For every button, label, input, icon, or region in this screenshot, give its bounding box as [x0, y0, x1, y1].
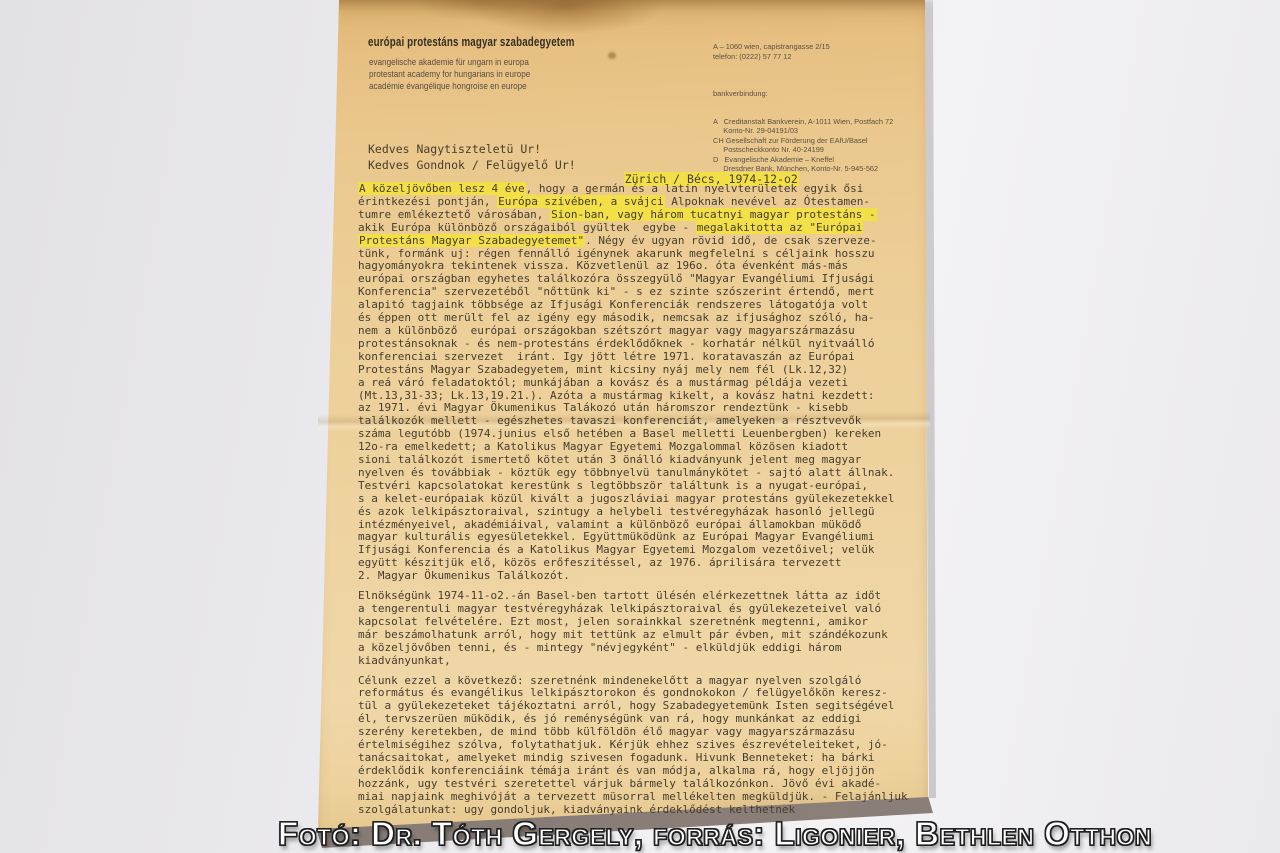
text-segment: intézményeivel, akadémiáival, valamint a… — [358, 518, 861, 531]
text-segment: tül a gyülekezeteket tájékoztatni arról,… — [358, 699, 894, 712]
letter-paragraph: A közeljövőben lesz 4 éve, hogy a germán… — [358, 183, 908, 583]
text-segment: érintkezési pontján, — [358, 195, 497, 208]
text-segment: , hogy a germán és a latin nyelvterülete… — [526, 182, 864, 195]
text-segment: magyar kulturális egyesületekkel. Együtt… — [358, 530, 875, 543]
text-segment: Protestáns Magyar Szabadegyetem, mint ki… — [358, 363, 848, 376]
text-segment: Konferencia" szervezetéből "nőttünk ki" … — [358, 285, 875, 298]
text-segment: . Négy év ugyan rövid idő, de csak szerv… — [585, 234, 876, 247]
letter-line: kiadványunkat, — [358, 655, 908, 668]
text-segment: a tengerentuli magyar testvéregyházak le… — [358, 602, 881, 615]
text-segment: érdeklődik konferenciáink témája iránt é… — [358, 764, 875, 777]
letterhead-subtitle-line: académie évangélique hongroise en europe — [369, 81, 530, 93]
text-segment: a közeljövőben tenni, és - mintegy "névj… — [358, 641, 841, 654]
text-segment: 12o-ra emelkedett; a Katolikus Magyar Eg… — [358, 440, 848, 453]
letterhead-subtitle-line: protestant academy for hungarians in eur… — [369, 69, 530, 81]
text-segment: az 1971. évi Magyar Ökumenikus Talákozó … — [358, 401, 848, 414]
highlighted-text: A közeljövőben lesz 4 éve — [358, 182, 526, 195]
letterhead-bank-line: A Creditanstalt Bankverein, A-1011 Wien,… — [713, 117, 893, 126]
letter-paragraph: Elnökségünk 1974-11-o2.-án Basel-ben tar… — [358, 590, 908, 667]
text-segment: hagyományokra tekintenek vissza. Közvetl… — [358, 259, 848, 272]
text-segment: alapitó tagjaink többsége az Ifjusági Ko… — [358, 298, 868, 311]
text-segment: s a kelet-európaiak közül kivált a jugos… — [358, 492, 894, 505]
salutation-line: Kedves Nagytiszteletü Ur! — [368, 142, 576, 158]
letter-paragraph: Célunk ezzel a következő: szeretnénk min… — [358, 675, 908, 817]
letterhead-subtitles: evangelische akademie für ungarn in euro… — [369, 57, 530, 92]
text-segment: kiadványunkat, — [358, 654, 451, 667]
text-segment: hozzánk, ugy testvéri szeretettel várjuk… — [358, 777, 881, 790]
text-segment: a reá váró feladatoktól; munkájában a ko… — [358, 376, 848, 389]
letterhead-address-line: A – 1060 wien, capistrangasse 2/15 — [713, 42, 830, 52]
letterhead-subtitle-line: evangelische akademie für ungarn in euro… — [369, 57, 530, 69]
photo-credit-caption: Fotó: Dr. Tóth Gergely, forrás: Ligonier… — [0, 815, 1280, 853]
text-segment: és éppen ott merült fel az igény egy más… — [358, 311, 875, 324]
text-segment: tumre emlékeztető városában, — [358, 208, 550, 221]
text-segment: tanácsaitokat, amelyeket mindig szivesen… — [358, 751, 875, 764]
text-segment: Testvéri kapcsolatokat kerestünk s legtö… — [358, 479, 868, 492]
text-segment: szolgálatunkat: ugy gondoljuk, kiadványa… — [358, 803, 795, 816]
text-segment: Elnökségünk 1974-11-o2.-án Basel-ben tar… — [358, 589, 881, 602]
highlighted-text: Sion-ban, vagy három tucatnyi magyar pro… — [550, 208, 877, 221]
text-segment: tünk, formánk uj: régen fennálló igényne… — [358, 247, 875, 260]
text-segment: (Mt.13,31-33; Lk.13,19.21.). Azóta a mus… — [358, 389, 875, 402]
text-segment: szerény keretekben, de mind több külföld… — [358, 725, 855, 738]
text-segment: száma legutóbb (1974.junius első hetében… — [358, 427, 881, 440]
text-segment: Ifjusági Konferencia és a Katolikus Magy… — [358, 543, 875, 556]
text-segment: református és evangélikus lelkipásztorok… — [358, 686, 888, 699]
salutation: Kedves Nagytiszteletü Ur!Kedves Gondnok … — [368, 142, 576, 173]
text-segment: már beszámolhatunk arról, hogy mit tettü… — [358, 628, 888, 641]
text-segment: protestánsoknak - és nem-protestáns érde… — [358, 337, 875, 350]
text-segment: miai napjaink meghivóját a tervezett müs… — [358, 790, 908, 803]
salutation-line: Kedves Gondnok / Felügyelő Ur! — [368, 158, 576, 174]
highlighted-text: Protestáns Magyar Szabadegyetemet" — [358, 234, 585, 247]
paper-stain — [608, 52, 616, 59]
letterhead-address-line: telefon: (0222) 57 77 12 — [713, 52, 830, 62]
text-segment: együtt készitjük elő, közös erőfeszitéss… — [358, 556, 841, 569]
letterhead-bank-heading: bankverbindung: — [713, 89, 893, 98]
letterhead-bank-line: Postscheckkonto Nr. 40-24199 — [713, 145, 893, 154]
text-segment: akik Európa különböző országaiból gyülte… — [358, 221, 696, 234]
text-segment: kapcsolat felvételére. Ezt most, jelen s… — [358, 615, 868, 628]
letterhead-bank-line: Konto-Nr. 29-04191/03 — [713, 126, 893, 135]
text-segment: nyelven és továbbiak - köztük egy többny… — [358, 466, 894, 479]
text-segment: európai országban egyhetes találkozóra ö… — [358, 272, 875, 285]
photo-of-letter: európai protestáns magyar szabadegyetem … — [0, 0, 1280, 853]
letterhead-title: európai protestáns magyar szabadegyetem — [368, 35, 575, 49]
text-segment: és azok lelkipásztoraival, szintugy a he… — [358, 505, 875, 518]
text-segment: 2. Magyar Ökumenikus Találkozót. — [358, 569, 570, 582]
letter-body: A közeljövőben lesz 4 éve, hogy a germán… — [358, 183, 908, 824]
text-segment: Célunk ezzel a következő: szeretnénk min… — [358, 674, 861, 687]
text-segment: él, tervszerüen müködik, és jó reménység… — [358, 712, 861, 725]
text-segment: sioni találkozót ismertető kötet után 3 … — [358, 453, 861, 466]
text-segment: konferenciai szervezet iránt. Igy jött l… — [358, 350, 855, 363]
letterhead-bank-line: CH Gesellschaft zur Förderung der EAfU/B… — [713, 136, 893, 145]
highlighted-text: megalakitotta az "Európai — [696, 221, 864, 234]
text-segment: találkozók mellett - egészhetes tavaszi … — [358, 414, 861, 427]
text-segment: értelmiségihez szólva, folytathatjuk. Ké… — [358, 738, 888, 751]
text-segment: nem a különböző európai országokban szét… — [358, 324, 855, 337]
text-segment: Alpoknak nevével az Ótestamen- — [665, 195, 870, 208]
letter-line: 2. Magyar Ökumenikus Találkozót. — [358, 570, 908, 583]
highlighted-text: Európa szivében, a svájci — [497, 195, 665, 208]
letterhead-address: A – 1060 wien, capistrangasse 2/15telefo… — [713, 42, 830, 61]
